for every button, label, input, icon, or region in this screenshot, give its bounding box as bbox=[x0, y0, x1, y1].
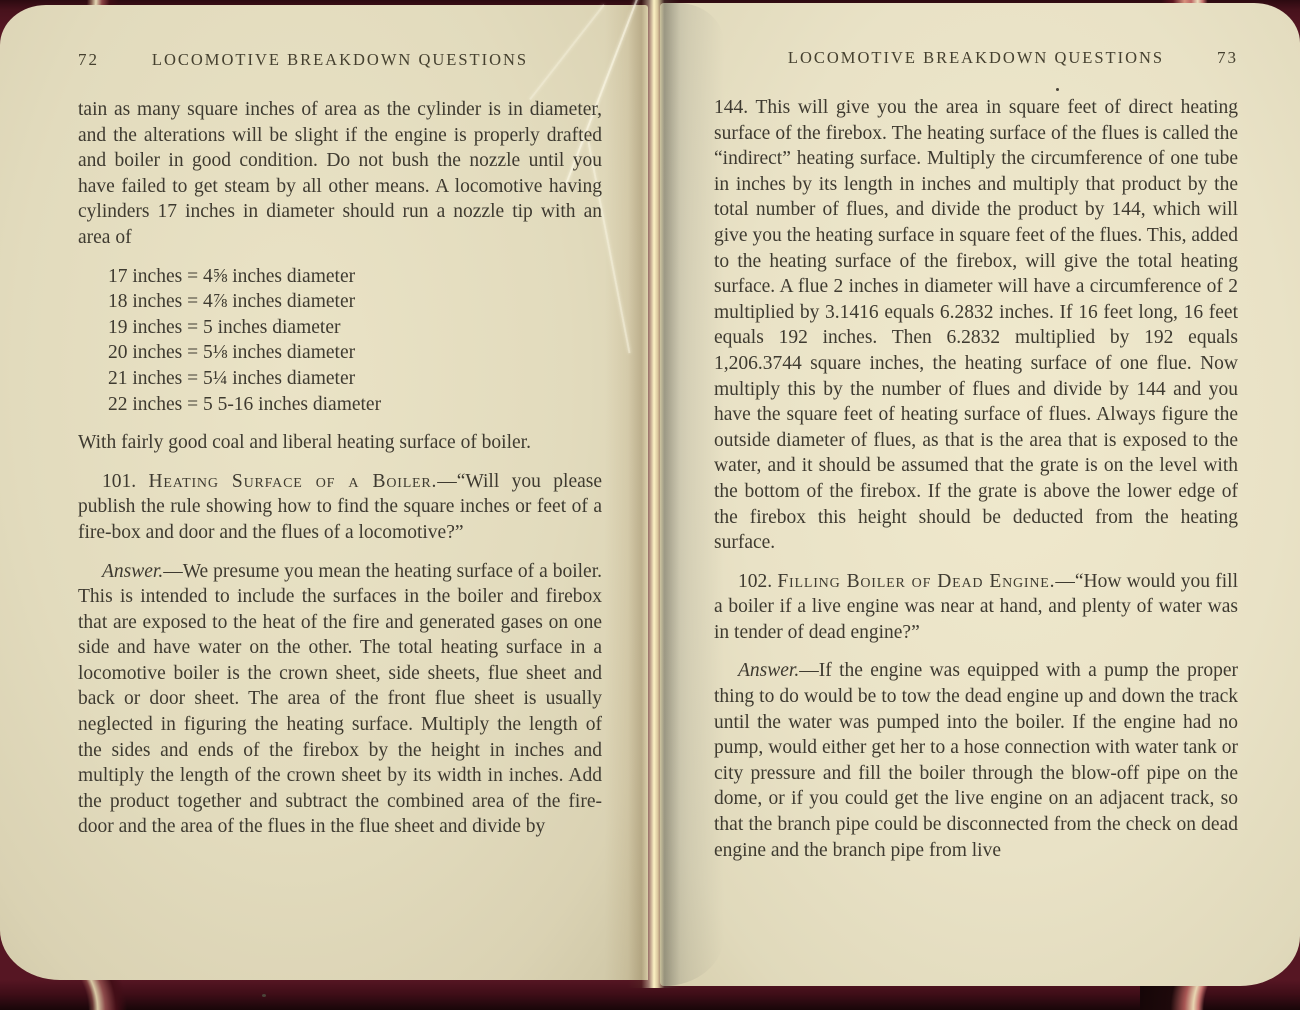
book-scan: 72 LOCOMOTIVE BREAKDOWN QUESTIONS tain a… bbox=[0, 0, 1300, 1010]
nozzle-size-table: 17 inches = 4⅝ inches diameter 18 inches… bbox=[108, 264, 602, 418]
table-row: 17 inches = 4⅝ inches diameter bbox=[108, 264, 602, 290]
right-page-header: LOCOMOTIVE BREAKDOWN QUESTIONS 73 bbox=[714, 48, 1238, 68]
question-101: 101. Heating Surface of a Boiler.—“Will … bbox=[78, 469, 602, 546]
paragraph-closing: With fairly good coal and liberal heatin… bbox=[78, 430, 602, 456]
running-title: LOCOMOTIVE BREAKDOWN QUESTIONS bbox=[766, 48, 1186, 68]
question-title: Filling Boiler of Dead Engine. bbox=[777, 571, 1055, 592]
ink-speck bbox=[262, 994, 266, 997]
answer-102: Answer.—If the engine was equipped with … bbox=[714, 658, 1238, 863]
question-number: 101. bbox=[102, 471, 136, 492]
answer-label: Answer. bbox=[102, 561, 163, 582]
answer-text: —We presume you mean the heating surface… bbox=[78, 561, 602, 838]
question-102: 102. Filling Boiler of Dead Engine.—“How… bbox=[714, 569, 1238, 646]
table-row: 22 inches = 5 5-16 inches diameter bbox=[108, 392, 602, 418]
left-page-content: 72 LOCOMOTIVE BREAKDOWN QUESTIONS tain a… bbox=[78, 50, 602, 840]
answer-101: Answer.—We presume you mean the heating … bbox=[78, 559, 602, 841]
table-row: 21 inches = 5¼ inches diameter bbox=[108, 366, 602, 392]
paragraph-continuation: 144. This will give you the area in squa… bbox=[714, 95, 1238, 556]
page-number: 73 bbox=[1186, 48, 1238, 68]
running-title: LOCOMOTIVE BREAKDOWN QUESTIONS bbox=[130, 50, 550, 70]
paragraph-continuation: tain as many square inches of area as th… bbox=[78, 97, 602, 251]
question-number: 102. bbox=[738, 571, 772, 592]
answer-text: —If the engine was equipped with a pump … bbox=[714, 660, 1238, 860]
right-page-body: 144. This will give you the area in squa… bbox=[714, 95, 1238, 863]
question-title: Heating Surface of a Boiler. bbox=[149, 471, 438, 492]
answer-label: Answer. bbox=[738, 660, 799, 681]
table-row: 19 inches = 5 inches diameter bbox=[108, 315, 602, 341]
left-page-header: 72 LOCOMOTIVE BREAKDOWN QUESTIONS bbox=[78, 50, 602, 70]
page-number: 72 bbox=[78, 50, 130, 70]
table-row: 20 inches = 5⅛ inches diameter bbox=[108, 340, 602, 366]
left-page-body: tain as many square inches of area as th… bbox=[78, 97, 602, 840]
table-row: 18 inches = 4⅞ inches diameter bbox=[108, 289, 602, 315]
right-page-content: LOCOMOTIVE BREAKDOWN QUESTIONS 73 144. T… bbox=[714, 48, 1238, 863]
